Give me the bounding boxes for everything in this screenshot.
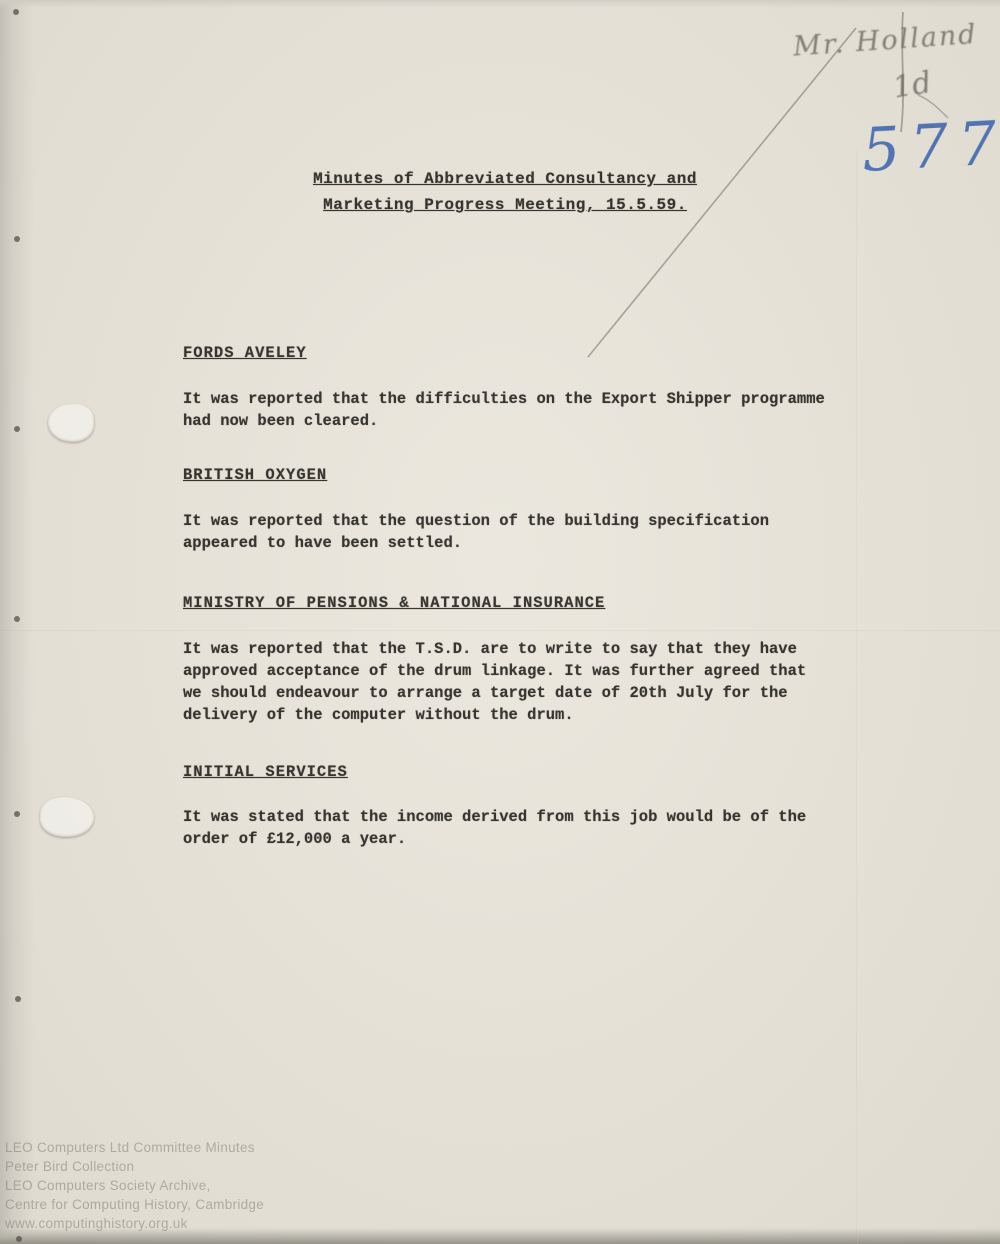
punch-dot xyxy=(15,996,21,1002)
punch-dot xyxy=(16,1236,22,1242)
scan-edge-left xyxy=(0,0,34,1244)
handwritten-note: 1d xyxy=(890,65,934,106)
section-heading-british-oxygen: BRITISH OXYGEN xyxy=(183,466,327,484)
punch-dot xyxy=(14,811,20,817)
punch-dot xyxy=(13,9,19,15)
section-heading-ministry-pensions: MINISTRY OF PENSIONS & NATIONAL INSURANC… xyxy=(183,594,605,612)
punch-dot xyxy=(14,236,20,242)
punch-dot xyxy=(14,426,20,432)
scanned-minutes-page: Minutes of Abbreviated Consultancy and M… xyxy=(0,0,1000,1244)
section-body: It was reported that the T.S.D. are to w… xyxy=(183,638,903,726)
section-body: It was stated that the income derived fr… xyxy=(183,806,903,850)
section-heading-fords-aveley: FORDS AVELEY xyxy=(183,344,307,362)
section-body: It was reported that the question of the… xyxy=(183,510,903,554)
punch-dot xyxy=(14,616,20,622)
torn-hole xyxy=(48,404,94,442)
torn-hole xyxy=(40,797,94,837)
section-body: It was reported that the difficulties on… xyxy=(183,388,903,432)
section-heading-initial-services: INITIAL SERVICES xyxy=(183,763,348,781)
handwritten-signature: Mr. Holland xyxy=(792,16,1000,62)
document-title: Minutes of Abbreviated Consultancy and M… xyxy=(250,166,760,218)
handwritten-page-number: 577 xyxy=(860,108,1000,185)
paper-crease-horizontal xyxy=(0,630,1000,632)
archive-watermark: LEO Computers Ltd Committee Minutes Pete… xyxy=(5,1138,264,1233)
scan-edge-top xyxy=(0,0,1000,8)
